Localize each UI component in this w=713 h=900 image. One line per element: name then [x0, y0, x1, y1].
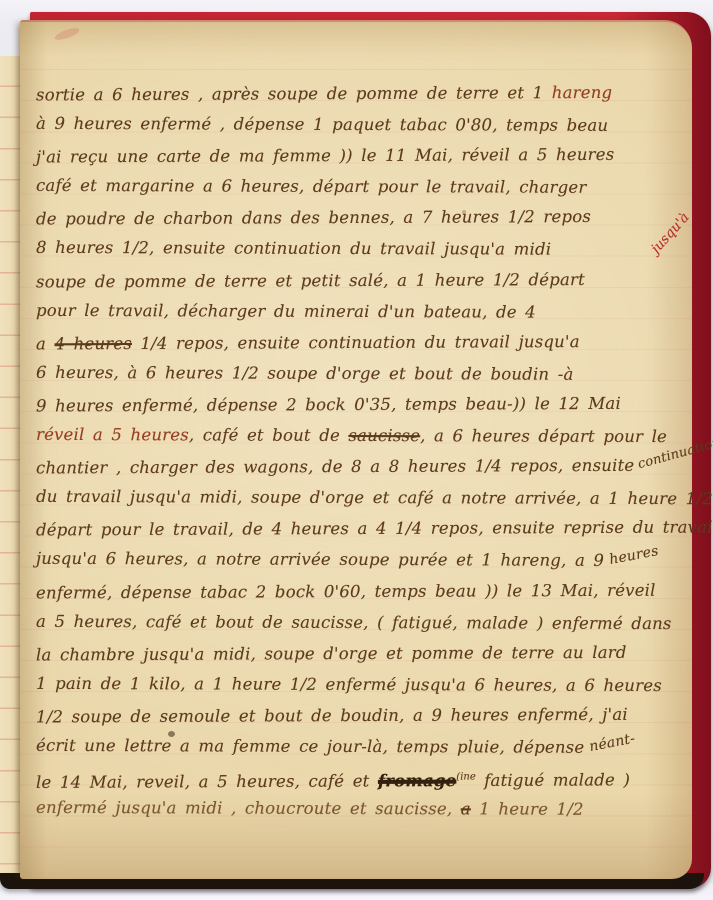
- text-segment: 1 pain de 1 kilo, a 1 heure 1/2 enfermé …: [36, 674, 662, 695]
- journal-line: de poudre de charbon dans des bennes, a …: [36, 201, 684, 235]
- journal-line: écrit une lettre a ma femme ce jour-là, …: [36, 730, 684, 763]
- journal-line: réveil a 5 heures, café et bout de sauci…: [36, 419, 684, 452]
- journal-line: a 5 heures, café et bout de saucisse, ( …: [36, 605, 684, 638]
- text-segment: chantier , charger des wagons, de 8 a 8 …: [36, 456, 643, 478]
- text-segment: , café et bout de: [189, 425, 349, 445]
- text-segment: à 9 heures enfermé , dépense 1 paquet ta…: [36, 114, 608, 135]
- text-segment: a: [36, 334, 55, 353]
- journal-line: a 4 heures 1/4 repos, ensuite continuati…: [36, 325, 684, 359]
- text-segment: jusqu'a 6 heures, a notre arrivée soupe …: [36, 549, 613, 570]
- journal-line: chantier , charger des wagons, de 8 a 8 …: [36, 450, 684, 484]
- text-segment: réveil a 5 heures: [36, 425, 189, 445]
- text-segment: de poudre de charbon dans des bennes, a …: [36, 207, 591, 228]
- text-segment: du travail jusqu'a midi, soupe d'orge et…: [36, 487, 713, 508]
- notebook-photo: sortie a 6 heures , après soupe de pomme…: [0, 0, 713, 900]
- text-segment: 6 heures, à 6 heures 1/2 soupe d'orge et…: [36, 363, 574, 384]
- text-segment: écrit une lettre a ma femme ce jour-là, …: [36, 736, 593, 757]
- text-segment: , a 6 heures départ pour le: [420, 426, 667, 446]
- journal-line: sortie a 6 heures , après soupe de pomme…: [36, 77, 684, 111]
- struck-word: fromage: [378, 771, 456, 790]
- text-segment: soupe de pomme de terre et petit salé, a…: [36, 270, 585, 291]
- text-segment: a 5 heures, café et bout de saucisse, ( …: [36, 611, 672, 632]
- text-segment: 1/4 repos, ensuite continuation du trava…: [132, 332, 580, 353]
- text-segment: 9 heures enfermé, dépense 2 bock 0'35, t…: [36, 394, 621, 416]
- journal-line: café et margarine a 6 heures, départ pou…: [36, 170, 684, 203]
- struck-word: 4 heures: [54, 334, 132, 353]
- text-segment: départ pour le travail, de 4 heures a 4 …: [36, 518, 713, 540]
- journal-line: 9 heures enfermé, dépense 2 bock 0'35, t…: [36, 388, 684, 422]
- journal-line: 8 heures 1/2, ensuite continuation du tr…: [36, 232, 684, 265]
- red-ink-smudge: [53, 26, 80, 42]
- journal-line: jusqu'a 6 heures, a notre arrivée soupe …: [36, 543, 684, 576]
- text-segment: 8 heures 1/2, ensuite continuation du tr…: [36, 238, 551, 259]
- journal-line: soupe de pomme de terre et petit salé, a…: [36, 263, 684, 297]
- struck-word: a: [461, 800, 471, 819]
- journal-line: le 14 Mai, reveil, a 5 heures, café et f…: [36, 761, 684, 795]
- journal-line: enfermé, dépense tabac 2 bock 0'60, temp…: [36, 574, 684, 608]
- text-segment: j'ai reçu une carte de ma femme )) le 11…: [36, 145, 614, 167]
- text-segment: le 14 Mai, reveil, a 5 heures, café et: [36, 771, 378, 791]
- text-segment: enfermé jusqu'a midi , choucroute et sau…: [36, 798, 461, 818]
- text-segment: 1 heure 1/2: [471, 800, 584, 819]
- struck-word: saucisse: [348, 426, 420, 445]
- text-segment: hareng: [552, 83, 613, 102]
- text-segment: sortie a 6 heures , après soupe de pomme…: [36, 83, 552, 104]
- journal-line: pour le travail, décharger du minerai d'…: [36, 295, 684, 328]
- journal-line: enfermé jusqu'a midi , choucroute et sau…: [36, 792, 684, 825]
- text-segment: (ine: [456, 772, 476, 783]
- text-segment: fatigué malade ): [476, 770, 630, 790]
- text-segment: la chambre jusqu'a midi, soupe d'orge et…: [36, 643, 627, 665]
- journal-line: du travail jusqu'a midi, soupe d'orge et…: [36, 481, 684, 514]
- journal-line: 1 pain de 1 kilo, a 1 heure 1/2 enfermé …: [36, 668, 684, 701]
- text-segment: 1/2 soupe de semoule et bout de boudin, …: [36, 705, 628, 727]
- journal-line: 6 heures, à 6 heures 1/2 soupe d'orge et…: [36, 357, 684, 390]
- journal-line: j'ai reçu une carte de ma femme )) le 11…: [36, 139, 684, 173]
- journal-line: à 9 heures enfermé , dépense 1 paquet ta…: [36, 108, 684, 141]
- handwritten-text: sortie a 6 heures , après soupe de pomme…: [36, 78, 684, 824]
- journal-line: 1/2 soupe de semoule et bout de boudin, …: [36, 698, 684, 732]
- text-segment: café et margarine a 6 heures, départ pou…: [36, 176, 587, 197]
- text-segment: enfermé, dépense tabac 2 bock 0'60, temp…: [36, 580, 656, 602]
- journal-line: départ pour le travail, de 4 heures a 4 …: [36, 512, 684, 546]
- journal-line: la chambre jusqu'a midi, soupe d'orge et…: [36, 636, 684, 670]
- text-segment: pour le travail, décharger du minerai d'…: [36, 301, 536, 322]
